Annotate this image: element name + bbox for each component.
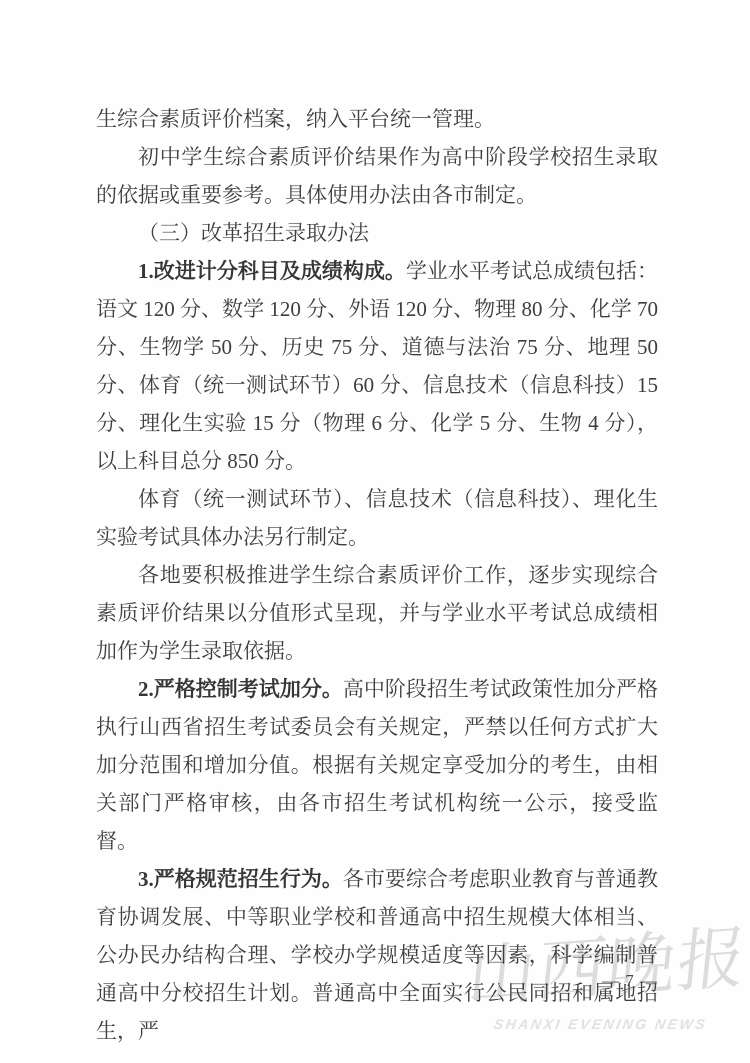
section-heading: （三）改革招生录取办法: [96, 214, 658, 252]
paragraph-item-1-text: 学业水平考试总成绩包括：语文 120 分、数学 120 分、外语 120 分、物…: [96, 259, 658, 473]
paragraph-item-1: 1.改进计分科目及成绩构成。学业水平考试总成绩包括：语文 120 分、数学 12…: [96, 252, 658, 480]
document-page: 山西晚报 SHANXI EVENING NEWS 生综合素质评价档案，纳入平台统…: [0, 0, 750, 1063]
paragraph-item-2: 2.严格控制考试加分。高中阶段招生考试政策性加分严格执行山西省招生考试委员会有关…: [96, 670, 658, 860]
paragraph-item-3: 3.严格规范招生行为。各市要综合考虑职业教育与普通教育协调发展、中等职业学校和普…: [96, 860, 658, 1050]
paragraph-continuation: 生综合素质评价档案，纳入平台统一管理。: [96, 100, 658, 138]
paragraph-item-3-lead: 3.严格规范招生行为。: [138, 867, 343, 891]
paragraph-item-3-text: 各市要综合考虑职业教育与普通教育协调发展、中等职业学校和普通高中招生规模大体相当…: [96, 867, 658, 1043]
paragraph-quality-evaluation: 各地要积极推进学生综合素质评价工作，逐步实现综合素质评价结果以分值形式呈现，并与…: [96, 556, 658, 670]
page-number: — 7 —: [560, 971, 700, 991]
paragraph-item-2-text: 高中阶段招生考试政策性加分严格执行山西省招生考试委员会有关规定，严禁以任何方式扩…: [96, 677, 658, 853]
paragraph-item-2-lead: 2.严格控制考试加分。: [138, 677, 343, 701]
paragraph-item-1-lead: 1.改进计分科目及成绩构成。: [138, 259, 406, 283]
paragraph-exam-methods: 体育（统一测试环节）、信息技术（信息科技）、理化生实验考试具体办法另行制定。: [96, 480, 658, 556]
document-body: 生综合素质评价档案，纳入平台统一管理。 初中学生综合素质评价结果作为高中阶段学校…: [96, 100, 658, 1050]
paragraph-evaluation-use: 初中学生综合素质评价结果作为高中阶段学校招生录取的依据或重要参考。具体使用办法由…: [96, 138, 658, 214]
